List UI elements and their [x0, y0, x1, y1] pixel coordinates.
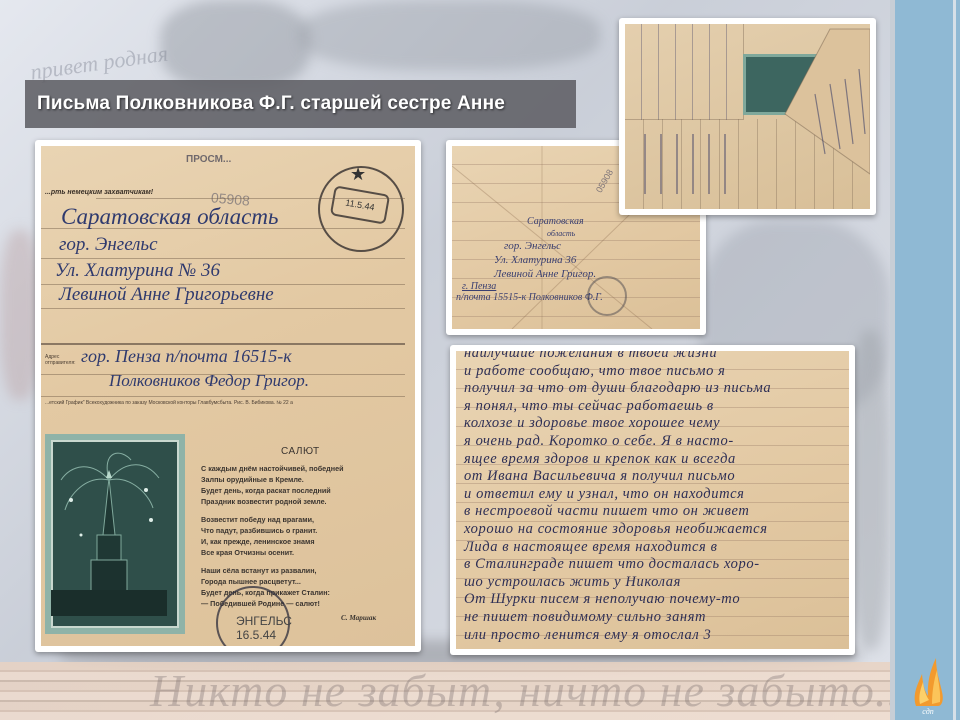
sender-label: Адрес отправителя:	[45, 354, 85, 366]
photo-envelope-front[interactable]: ...рть немецким захватчикам! ПРОСМ... 05…	[35, 140, 421, 652]
sender-line-2: Полковников Федор Григор.	[109, 371, 309, 391]
letter-text-line: и работе сообщаю, что твое письмо я	[464, 363, 726, 380]
letter-text-line: наилучшие пожелания в твоей жизни	[464, 351, 717, 362]
photo-unfolded-letter[interactable]	[619, 18, 876, 215]
address-line-4: Ул. Хлатурина 36	[494, 254, 576, 266]
address-line-3: Ул. Хлатурина № 36	[55, 260, 220, 282]
photo-letter-page[interactable]: наилучшие пожелания в твоей жизнии работ…	[450, 345, 855, 655]
address-line-5: Левиной Анне Григор.	[494, 268, 596, 280]
kremlin-salute-illustration	[45, 434, 185, 634]
poem-line: И, как прежде, ленинское знамя	[201, 537, 315, 546]
letter-text-line: я очень рад. Коротко о себе. Я в насто-	[464, 433, 734, 450]
unfolded-letter	[625, 24, 870, 209]
poem-author: С. Маршак	[341, 614, 376, 622]
postmark-penza: 11.5.44 ★	[318, 166, 404, 252]
letter-text-line: или просто ленится ему я отослал 3	[464, 627, 711, 644]
postmark-date: 11.5.44	[330, 185, 390, 224]
letter-text-line: получил за что от души благодарю из пись…	[464, 380, 771, 397]
slide-title-bar: Письма Полковникова Ф.Г. старшей сестре …	[25, 80, 576, 128]
poem-line: Города пышнее расцветут...	[201, 577, 301, 586]
letter-text-line: От Шурки писем я неполучаю почему-то	[464, 591, 740, 608]
letter-page: наилучшие пожелания в твоей жизнии работ…	[456, 351, 849, 649]
sender-line-1: г. Пенза	[462, 281, 496, 292]
arrival-postmark: ЭНГЕЛЬС 16.5.44	[236, 614, 292, 642]
star-icon: ★	[350, 164, 366, 185]
address-line-3: гор. Энгельс	[504, 240, 561, 252]
address-line-1: Саратовская	[527, 216, 584, 227]
letter-text-line: в Сталинграде пишет что досталась хоро-	[464, 556, 760, 573]
letter-text-line: Лида в настоящее время находится в	[464, 539, 718, 556]
letter-text-line: колхозе и здоровье твое хорошее чему	[464, 415, 720, 432]
letter-text-line: я понял, что ты сейчас работаешь в	[464, 398, 714, 415]
letter-text-line: от Ивана Васильевича я получил письмо	[464, 468, 735, 485]
sender-line-2: п/почта 15515-к Полковников Ф.Г.	[456, 292, 603, 303]
triangle-flap	[625, 24, 870, 209]
sender-line-1: гор. Пенза п/почта 16515-к	[81, 346, 292, 367]
address-line-1: Саратовская область	[61, 204, 278, 230]
postmark	[587, 276, 627, 316]
address-line-2: гор. Энгельс	[59, 234, 158, 256]
poem-line: Праздник возвестит родной земле.	[201, 497, 327, 506]
letter-text-line: и ответил ему и узнал, что он находится	[464, 486, 745, 503]
logo-caption: сдп	[910, 707, 946, 716]
poem-line: Наши сёла встанут из развалин,	[201, 566, 317, 575]
printed-slogan: ...рть немецким захватчикам!	[45, 189, 153, 196]
kremlin-tower-icon	[51, 440, 167, 616]
poem-title: САЛЮТ	[281, 446, 320, 457]
stamp-prosm: ПРОСМ...	[186, 154, 231, 165]
letter-text-line: хорошо на состояние здоровья необижается	[464, 521, 768, 538]
logo: сдп	[910, 656, 946, 716]
address-line-2: область	[547, 229, 575, 238]
poem-line: Возвестит победу над врагами,	[201, 515, 314, 524]
envelope-front: ...рть немецким захватчикам! ПРОСМ... 05…	[41, 146, 415, 646]
publisher-line: ...етский График" Всекохудожника по зака…	[45, 400, 293, 406]
letter-text-line: шо устроилась жить у Николая	[464, 574, 681, 591]
address-line-4: Левиной Анне Григорьевне	[59, 284, 274, 306]
slide-title: Письма Полковникова Ф.Г. старшей сестре …	[37, 93, 505, 115]
flame-icon	[910, 656, 946, 708]
letter-text-line: ящее время здоров и крепок как и всегда	[464, 451, 736, 468]
footer-motto: Никто не забыт, ничто не забыто...	[150, 664, 912, 717]
poem-line: Все края Отчизны осенит.	[201, 548, 294, 557]
letter-text-line: не пишет повидимому сильно занят	[464, 609, 706, 626]
poem-line: Залпы орудийные в Кремле.	[201, 475, 304, 484]
side-band: сдп	[895, 0, 960, 720]
poem-line: Что падут, разбившись о гранит.	[201, 526, 317, 535]
poem-line: С каждым днём настойчивей, победней	[201, 464, 344, 473]
poem-line: Будет день, когда раскат последний	[201, 486, 331, 495]
letter-text-line: в нестроевой части пишет что он живет	[464, 503, 749, 520]
